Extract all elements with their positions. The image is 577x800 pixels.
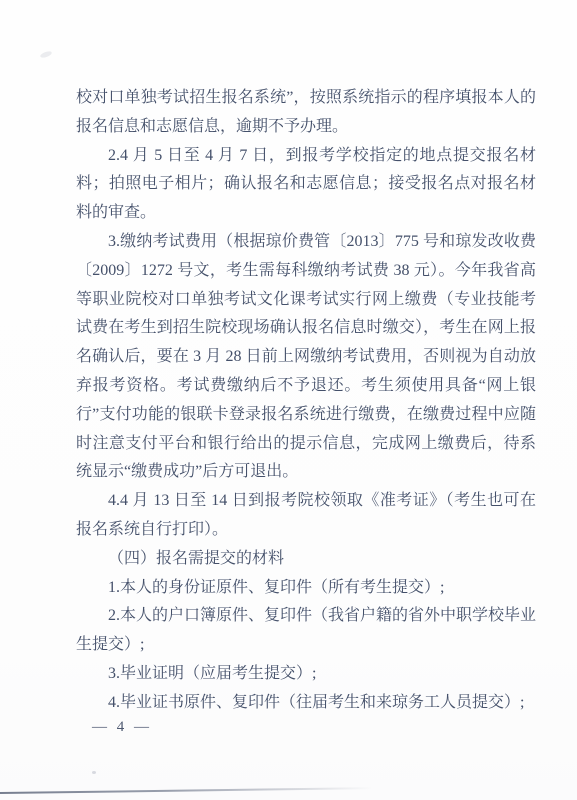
- material-item-2: 2.本人的户口簿原件、复印件（我省户籍的省外中职学校毕业生提交）;: [76, 602, 536, 660]
- paragraph-continuation: 校对口单独考试招生报名系统”，按照系统指示的程序填报本人的报名信息和志愿信息，逾…: [76, 84, 536, 142]
- page-number: — 4 —: [92, 719, 152, 736]
- paragraph-item-4: 4.4 月 13 日至 14 日到报考院校领取《准考证》（考生也可在报名系统自行…: [76, 487, 536, 545]
- scanned-document-page: 校对口单独考试招生报名系统”，按照系统指示的程序填报本人的报名信息和志愿信息，逾…: [0, 0, 577, 800]
- scan-edge-line: [0, 787, 372, 794]
- scan-artifact-dot: [92, 771, 96, 774]
- scan-artifact-smudge: [40, 50, 53, 59]
- material-item-4: 4.毕业证书原件、复印件（往届考生和来琼务工人员提交）;: [76, 689, 536, 718]
- section-heading-4: （四）报名需提交的材料: [76, 545, 536, 574]
- paragraph-item-3: 3.缴纳考试费用（根据琼价费管〔2013〕775 号和琼发改收费〔2009〕12…: [76, 228, 536, 487]
- document-body-text: 校对口单独考试招生报名系统”，按照系统指示的程序填报本人的报名信息和志愿信息，逾…: [76, 84, 536, 718]
- material-item-3: 3.毕业证明（应届考生提交）;: [76, 660, 536, 689]
- material-item-1: 1.本人的身份证原件、复印件（所有考生提交）;: [76, 574, 536, 603]
- paragraph-item-2: 2.4 月 5 日至 4 月 7 日，到报考学校指定的地点提交报名材料；拍照电子…: [76, 142, 536, 228]
